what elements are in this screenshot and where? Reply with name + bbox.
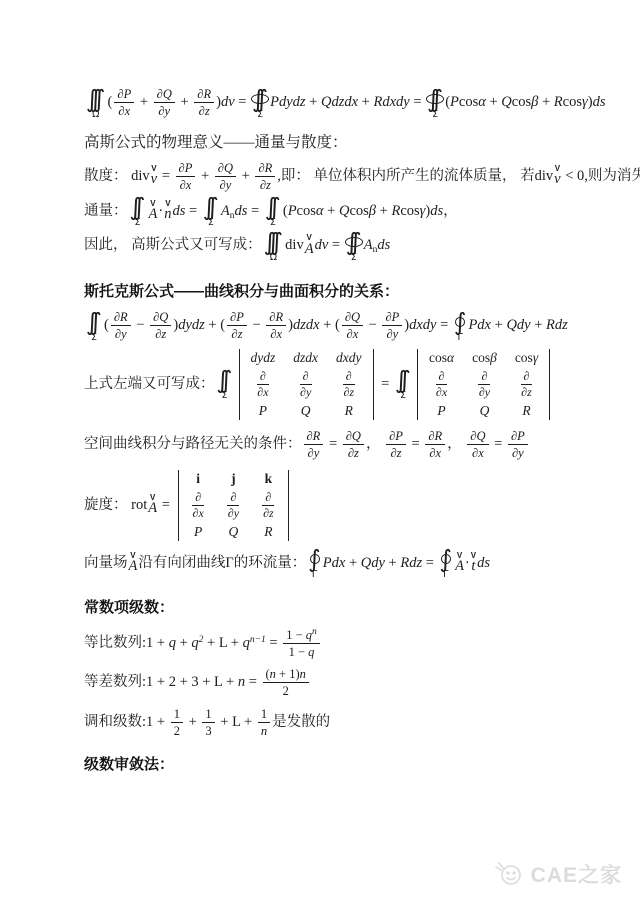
- cae-home-smiley-logo-icon: [495, 861, 525, 887]
- stokes-heading: 斯托克斯公式——曲线积分与曲面积分的关系：: [84, 280, 632, 301]
- harmonic-series-line: 调和级数:1 + 12 + 13 + L + 1n是发散的: [84, 706, 632, 740]
- document-page: ∫∫∫Ω(∂P∂x + ∂Q∂y + ∂R∂z)dv = ∫∫ΣPdydz + …: [0, 0, 640, 905]
- arithmetic-series-line: 等差数列:1 + 2 + 3 + L + n = (n + 1)n2: [84, 666, 632, 700]
- gauss-formula-line: ∫∫∫Ω(∂P∂x + ∂Q∂y + ∂R∂z)dv = ∫∫ΣPdydz + …: [84, 86, 632, 120]
- divergence-line: 散度： divVv = ∂P∂x + ∂Q∂y + ∂R∂z,即： 单位体积内所…: [84, 160, 632, 194]
- stokes-determinant-line: 上式左端又可写成：∫∫Σdydzdzdxdxdy∂∂x∂∂y∂∂zPQR = ∫…: [84, 349, 632, 421]
- constant-series-heading: 常数项级数：: [84, 596, 632, 617]
- circulation-line: 向量场VA沿有向闭曲线Γ的环流量：∫ΓPdx + Qdy + Rdz = ∫ΓV…: [84, 547, 632, 580]
- document-content: ∫∫∫Ω(∂P∂x + ∂Q∂y + ∂R∂z)dv = ∫∫ΣPdydz + …: [84, 86, 632, 782]
- path-independence-line: 空间曲线积分与路径无关的条件：∂R∂y = ∂Q∂z， ∂P∂z = ∂R∂x，…: [84, 428, 632, 462]
- watermark: CAE之家: [495, 859, 622, 889]
- curl-line: 旋度： rotVA = ijk∂∂x∂∂y∂∂zPQR: [84, 470, 632, 542]
- convergence-tests-heading: 级数审敛法：: [84, 753, 632, 774]
- geometric-series-line: 等比数列:1 + q + q2 + L + qn−1 = 1 − qn1 − q: [84, 627, 632, 661]
- watermark-text: CAE之家: [531, 859, 622, 889]
- gauss-meaning-text: 高斯公式的物理意义——通量与散度：: [84, 130, 632, 152]
- stokes-formula-line: ∫∫Σ(∂R∂y − ∂Q∂z)dydz + (∂P∂z − ∂R∂x)dzdx…: [84, 309, 632, 343]
- therefore-gauss-rewritten-line: 因此， 高斯公式又可写成：∫∫∫ΩdivVAdv = ∫∫ΣAnds: [84, 230, 632, 263]
- flux-line: 通量：∫∫ΣVA·Vnds = ∫∫ΣAnds = ∫∫Σ(Pcosα + Qc…: [84, 195, 632, 228]
